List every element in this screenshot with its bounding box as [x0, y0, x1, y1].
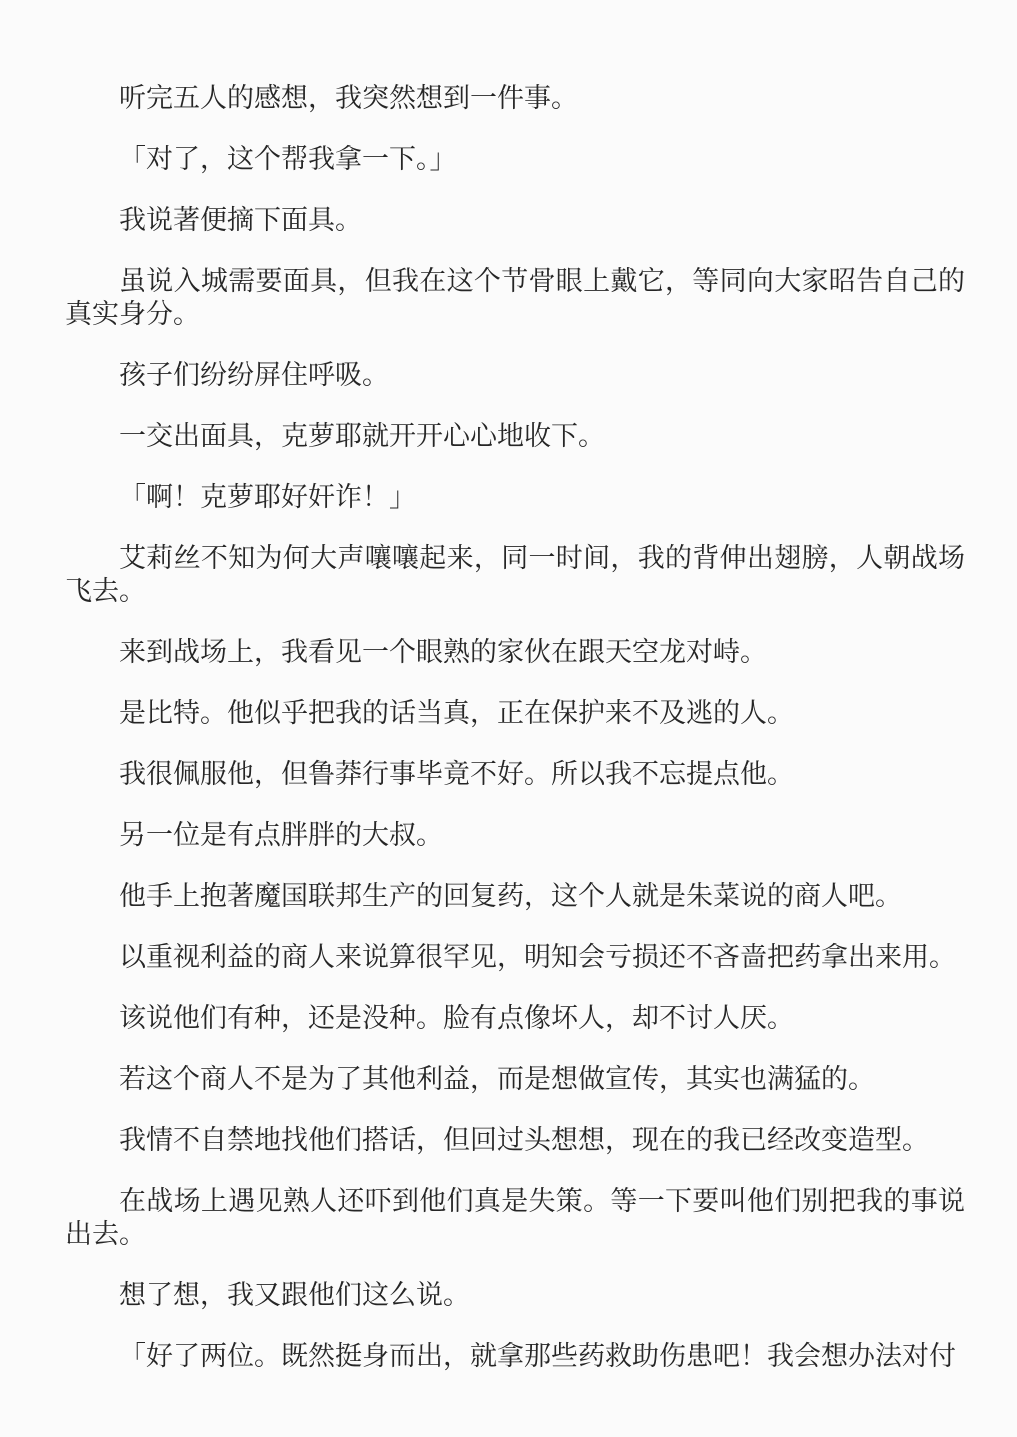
paragraph-dialogue: 「好了两位。既然挺身而出，就拿那些药救助伤患吧！我会想办法对付 — [65, 1340, 965, 1373]
paragraph: 想了想，我又跟他们这么说。 — [65, 1279, 965, 1312]
paragraph: 孩子们纷纷屏住呼吸。 — [65, 359, 965, 392]
paragraph: 我情不自禁地找他们搭话，但回过头想想，现在的我已经改变造型。 — [65, 1124, 965, 1157]
paragraph: 若这个商人不是为了其他利益，而是想做宣传，其实也满猛的。 — [65, 1063, 965, 1096]
paragraph-dialogue: 「啊！克萝耶好奸诈！」 — [65, 481, 965, 514]
paragraph: 我很佩服他，但鲁莽行事毕竟不好。所以我不忘提点他。 — [65, 758, 965, 791]
paragraph: 艾莉丝不知为何大声嚷嚷起来，同一时间，我的背伸出翅膀，人朝战场飞去。 — [65, 542, 965, 608]
paragraph: 来到战场上，我看见一个眼熟的家伙在跟天空龙对峙。 — [65, 636, 965, 669]
paragraph: 听完五人的感想，我突然想到一件事。 — [65, 82, 965, 115]
paragraph: 是比特。他似乎把我的话当真，正在保护来不及逃的人。 — [65, 697, 965, 730]
paragraph: 另一位是有点胖胖的大叔。 — [65, 819, 965, 852]
paragraph-dialogue: 「对了，这个帮我拿一下。」 — [65, 143, 965, 176]
paragraph: 虽说入城需要面具，但我在这个节骨眼上戴它，等同向大家昭告自己的真实身分。 — [65, 265, 965, 331]
paragraph: 该说他们有种，还是没种。脸有点像坏人，却不讨人厌。 — [65, 1002, 965, 1035]
paragraph: 以重视利益的商人来说算很罕见，明知会亏损还不吝啬把药拿出来用。 — [65, 941, 965, 974]
novel-page: 听完五人的感想，我突然想到一件事。 「对了，这个帮我拿一下。」 我说著便摘下面具… — [0, 0, 1017, 1437]
paragraph: 我说著便摘下面具。 — [65, 204, 965, 237]
paragraph: 在战场上遇见熟人还吓到他们真是失策。等一下要叫他们别把我的事说出去。 — [65, 1185, 965, 1251]
paragraph: 一交出面具，克萝耶就开开心心地收下。 — [65, 420, 965, 453]
paragraph: 他手上抱著魔国联邦生产的回复药，这个人就是朱菜说的商人吧。 — [65, 880, 965, 913]
